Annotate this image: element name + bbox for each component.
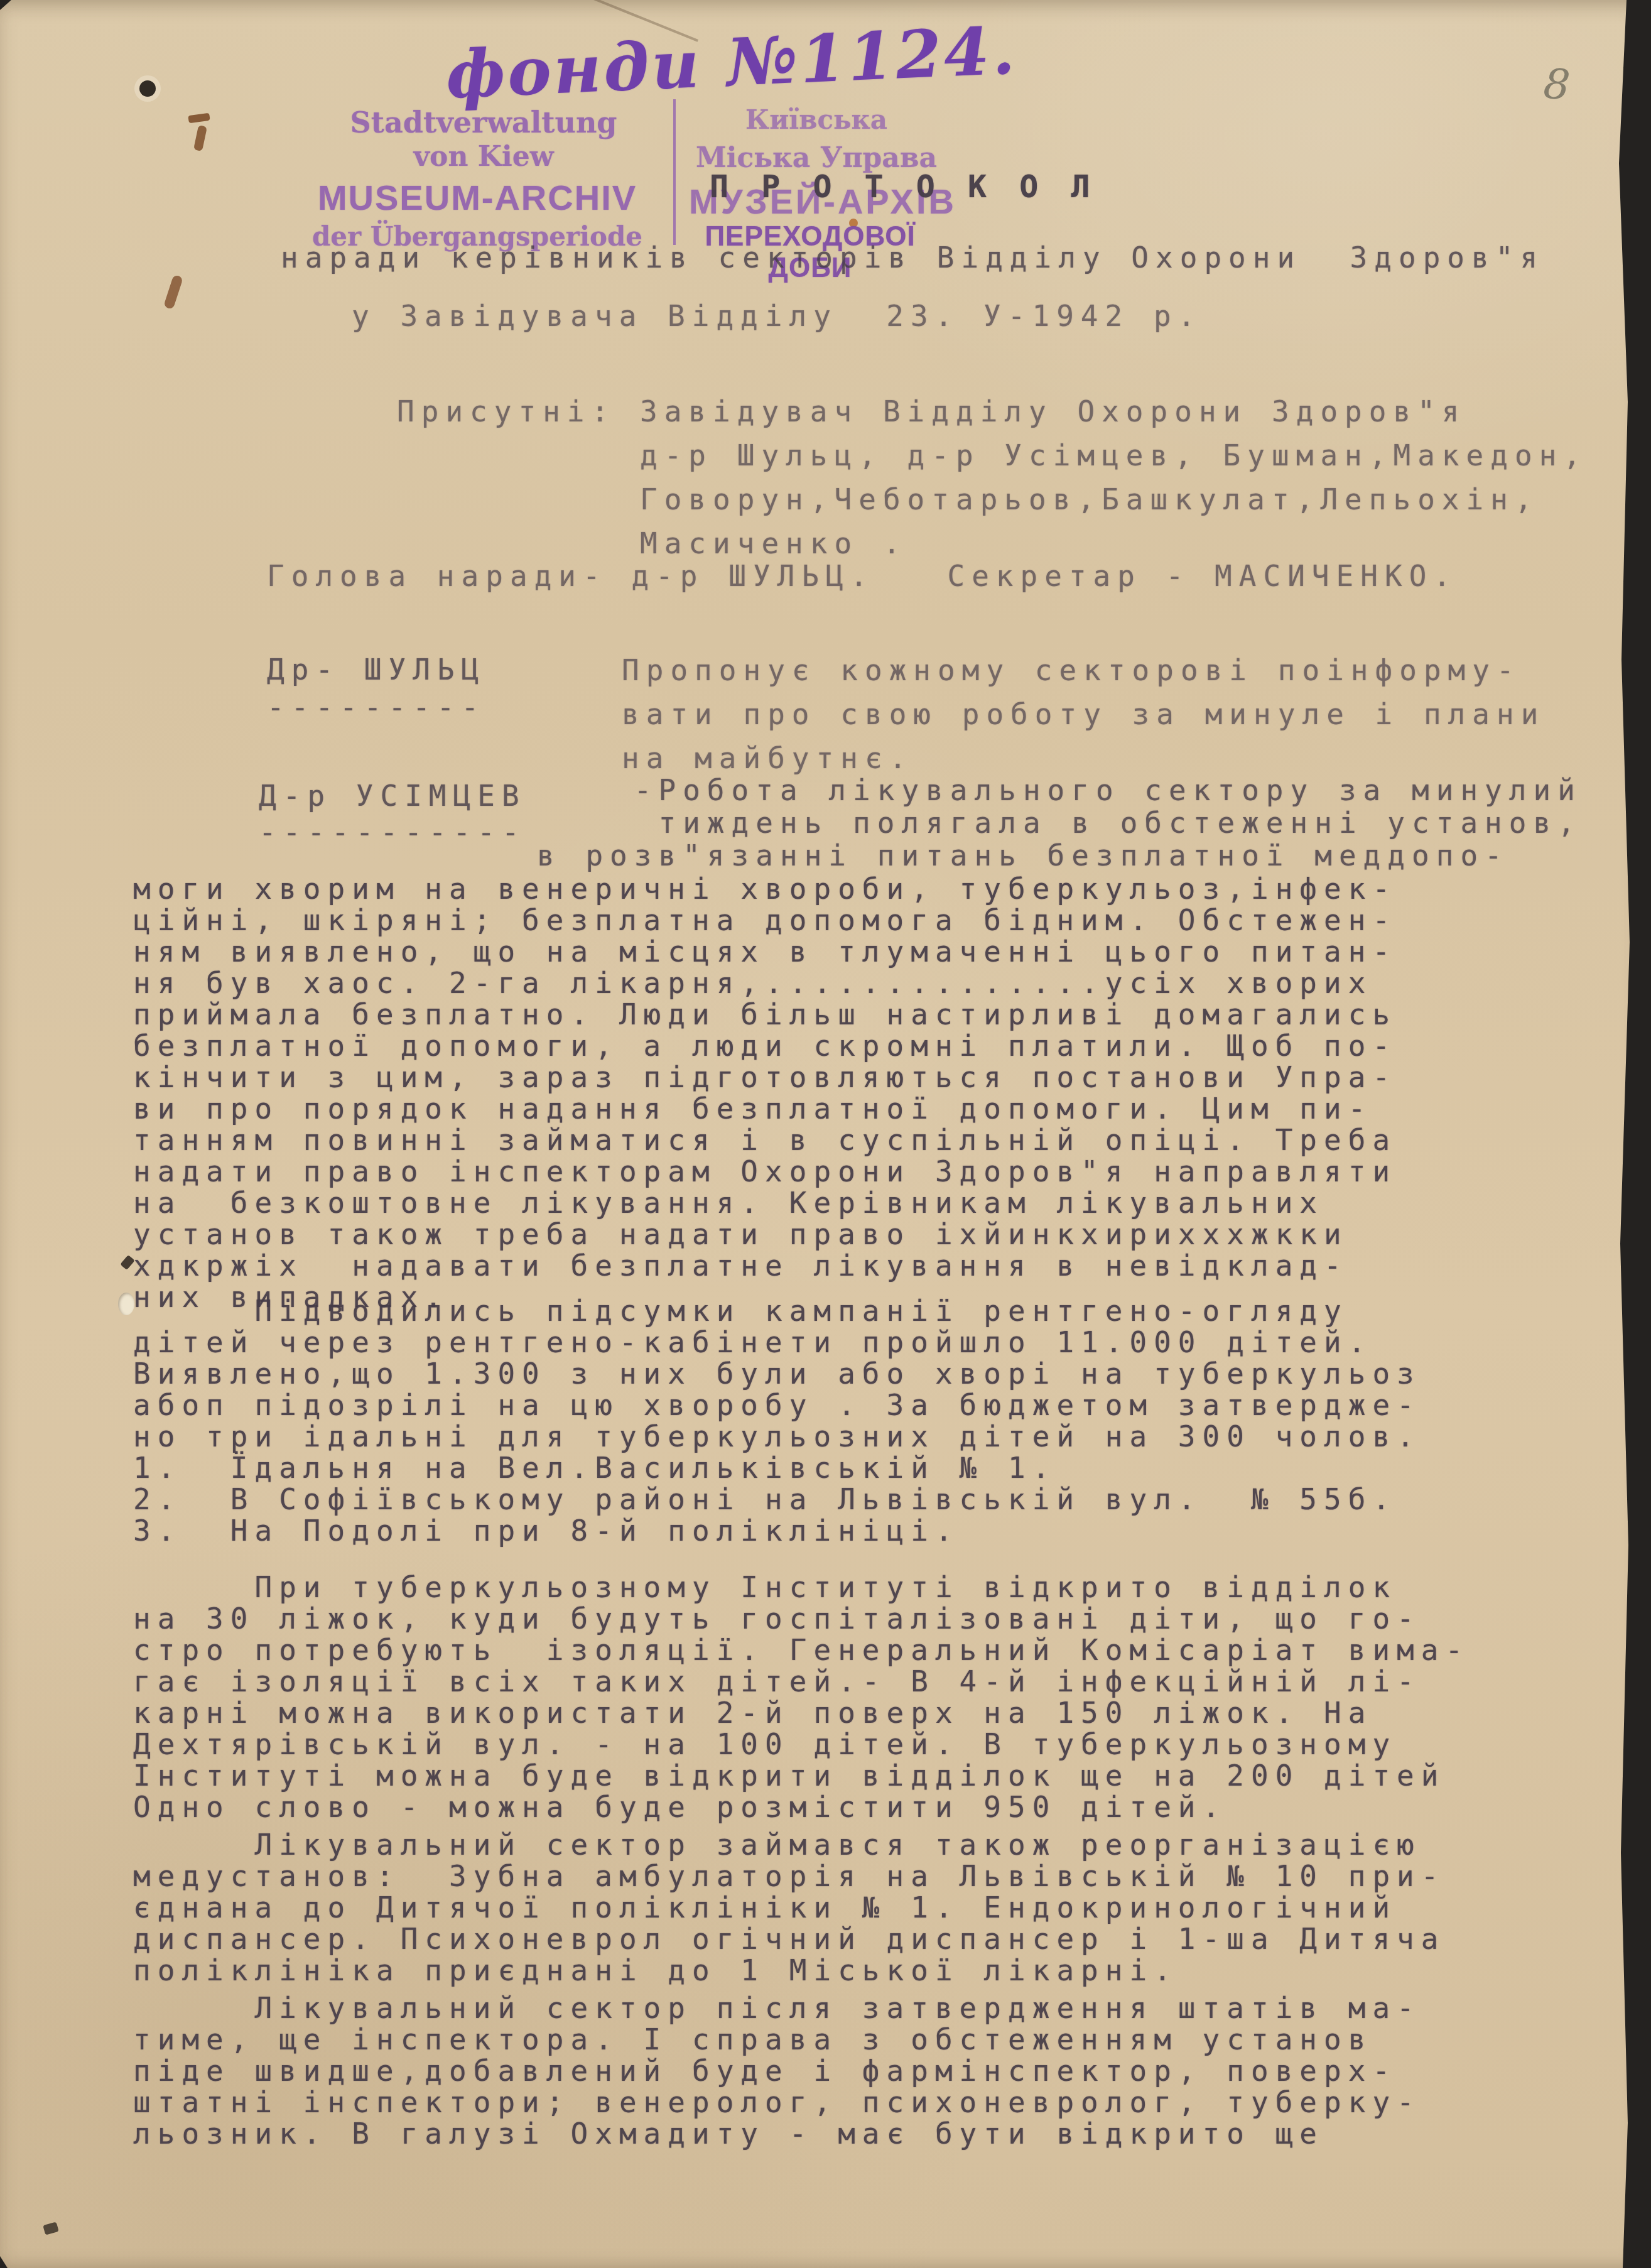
body-paragraph-4: Лікувальний сектор займався також реорга… (133, 1829, 1446, 1986)
speech-usimtsev-intro: -Робота лікувального сектору за минулий … (537, 774, 1582, 872)
body-paragraph-1: моги хворим на венеричні хвороби, туберк… (133, 873, 1397, 1313)
stamp-german-line2: von Kiew (295, 141, 672, 173)
speaker-label-usimtsev: Д-р УСІМЦЕВ ----------- (259, 778, 526, 850)
chair-and-secretary-line: Голова наради- д-р ШУЛЬЦ. Секретар - МАС… (267, 560, 1458, 592)
present-list: Присутні: Завідувач Відділу Охорони Здор… (397, 389, 1588, 565)
stamp-german-line3: MUSEUM-ARCHIV (276, 177, 678, 218)
paper-hole (118, 1293, 134, 1315)
document-title: П Р О Т О К О Л (710, 171, 1097, 202)
stamp-ukrainian-line1: Київська (685, 104, 948, 135)
heading-line-1: наради керівників секторів Відділу Охоро… (281, 242, 1544, 273)
body-paragraph-2: Підводились підсумки кампанії рентгено-о… (133, 1295, 1421, 1546)
body-paragraph-3: При туберкульозному Інституті відкрито в… (133, 1571, 1470, 1823)
ink-speck (139, 80, 156, 97)
heading-line-2: у Завідувача Відділу 23. У-1942 р. (352, 300, 1202, 332)
page-number: 8 (1542, 60, 1571, 110)
speaker-label-shults: Др- ШУЛЬЦ --------- (267, 651, 485, 726)
speech-shults: Пропонує кожному секторові поінформу- ва… (622, 648, 1545, 780)
document-scan: фонди №1124. 8 Stadtverwaltung von Kiew … (0, 0, 1651, 2268)
stamp-german-line1: Stadtverwaltung (295, 106, 672, 139)
body-paragraph-5: Лікувальний сектор після затвердження шт… (133, 1992, 1421, 2149)
